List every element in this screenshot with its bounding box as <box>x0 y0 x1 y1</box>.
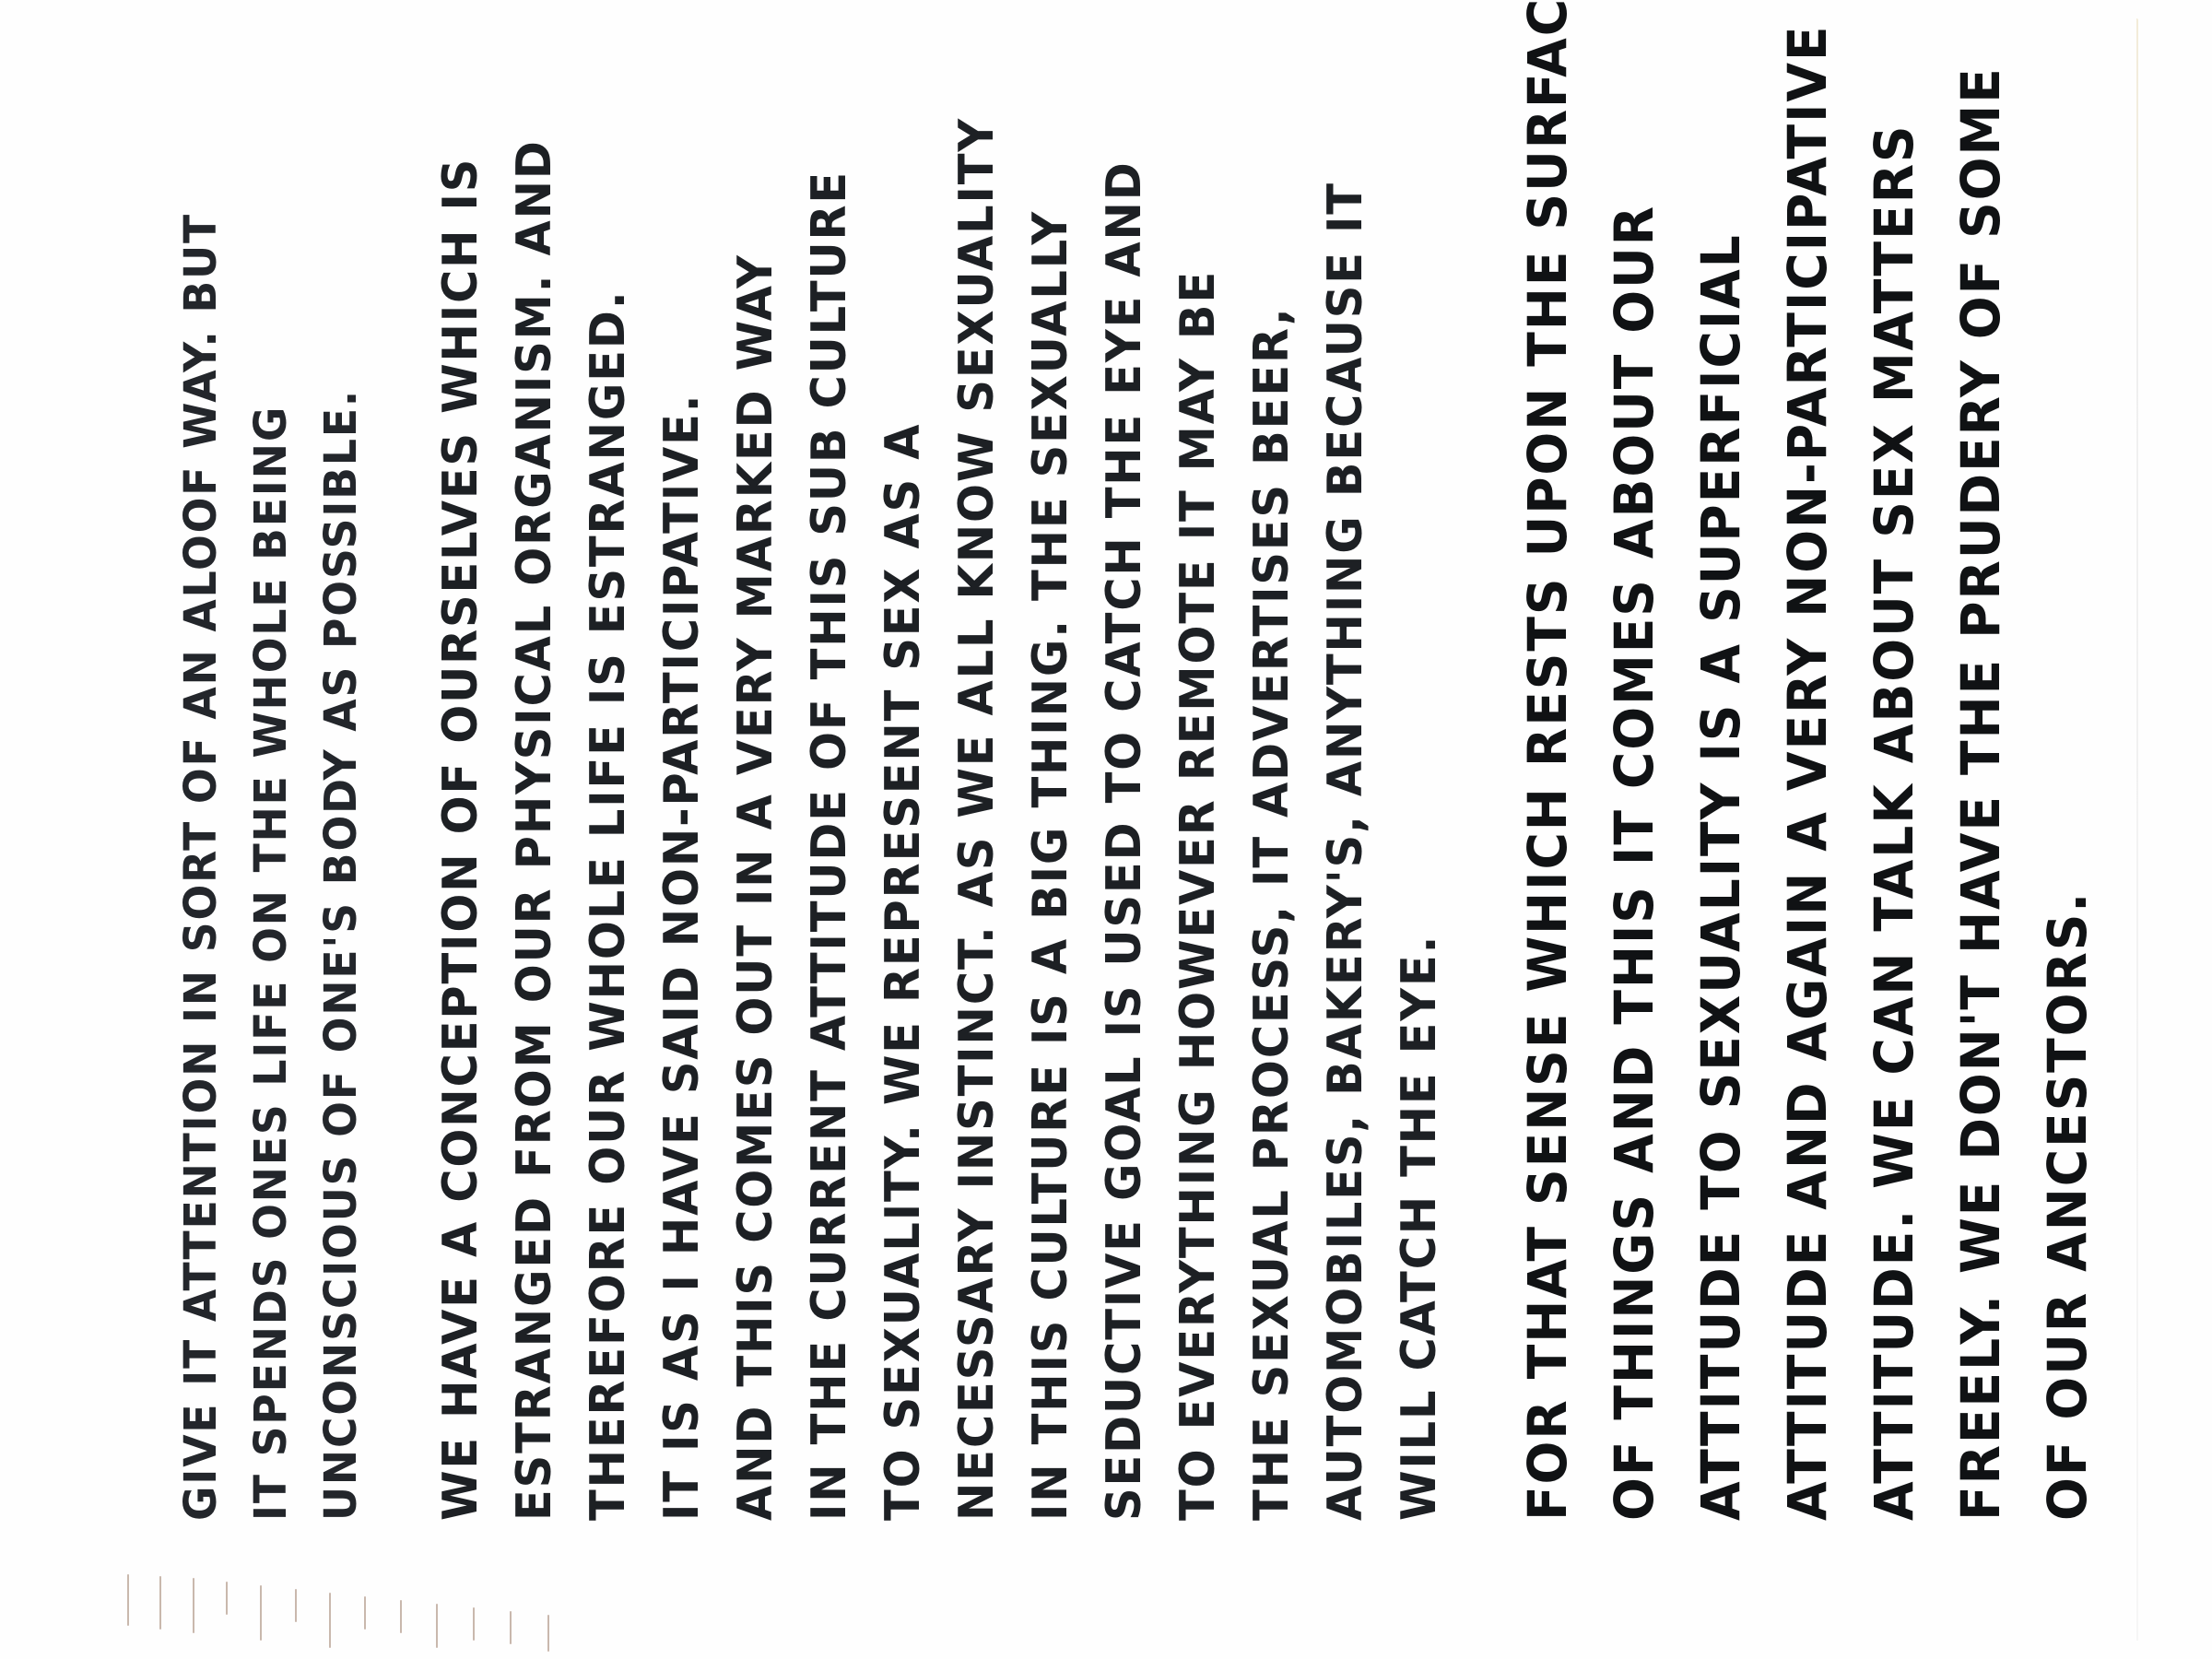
tick-mark <box>127 1574 129 1626</box>
paragraph-3: For that sense which rests upon the surf… <box>1504 83 2111 1521</box>
text-line: attitude and again a very non-participat… <box>1764 155 1851 1521</box>
text-line: to everything however remote it may be <box>1161 155 1235 1521</box>
text-line: seductive goal is used to catch the eye … <box>1088 155 1161 1521</box>
tick-mark <box>159 1576 161 1630</box>
text-line: in the current attitude of this sub cult… <box>793 155 866 1521</box>
text-line: Give it attention in sort of an aloof wa… <box>166 155 236 1521</box>
text-line: automobiles, bakery's, anything because … <box>1309 155 1382 1521</box>
text-line: will catch the eye. <box>1382 155 1456 1521</box>
tick-mark <box>193 1578 194 1633</box>
text-line: unconscious of one's body as possible. <box>306 155 376 1521</box>
tick-mark <box>295 1589 297 1622</box>
text-line: We have a conception of ourselves which … <box>424 155 498 1521</box>
text-line: it spends ones life on the whole being <box>236 155 306 1521</box>
text-line: freely. We don't have the prudery of som… <box>1937 155 2024 1521</box>
text-line: attitude to sexuality is a superficial <box>1677 155 1764 1521</box>
tick-mark <box>260 1585 262 1641</box>
tick-mark <box>473 1607 475 1641</box>
tick-mark <box>400 1600 402 1633</box>
tick-mark <box>364 1596 366 1630</box>
text-line: of things and this it comes about our <box>1591 155 1677 1521</box>
text-line: It is as I have said non-participative. <box>645 155 719 1521</box>
text-line: estranged from our physical organism. An… <box>498 155 571 1521</box>
tick-mark <box>436 1604 438 1648</box>
margin-tick-marks <box>120 1530 1226 1613</box>
text-line: And this comes out in a very marked way <box>719 155 793 1521</box>
paragraph-1: Give it attention in sort of an aloof wa… <box>166 83 376 1521</box>
text-line: necessary instinct. As we all know sexua… <box>940 155 1014 1521</box>
text-line: For that sense which rests upon the surf… <box>1504 155 1591 1521</box>
text-line: in this culture is a big thing. The sexu… <box>1014 155 1088 1521</box>
notebook-page: Give it attention in sort of an aloof wa… <box>0 0 2212 1659</box>
text-line: attitude. We can talk about sex matters <box>1851 155 1937 1521</box>
tick-mark <box>329 1593 331 1648</box>
text-line: the sexual process, it advertises beer, <box>1235 155 1309 1521</box>
tick-mark <box>547 1615 549 1652</box>
text-line: therefore our whole life is estranged. <box>571 155 645 1521</box>
tick-mark <box>510 1611 512 1644</box>
text-line: of our ancestors. <box>2024 155 2111 1521</box>
text-line: to sexuality. We represent sex as a <box>866 155 940 1521</box>
page-edge <box>2136 18 2138 1641</box>
handwritten-text-block: Give it attention in sort of an aloof wa… <box>166 83 2009 1521</box>
paragraph-2: We have a conception of ourselves which … <box>424 83 1456 1521</box>
tick-mark <box>226 1582 228 1615</box>
